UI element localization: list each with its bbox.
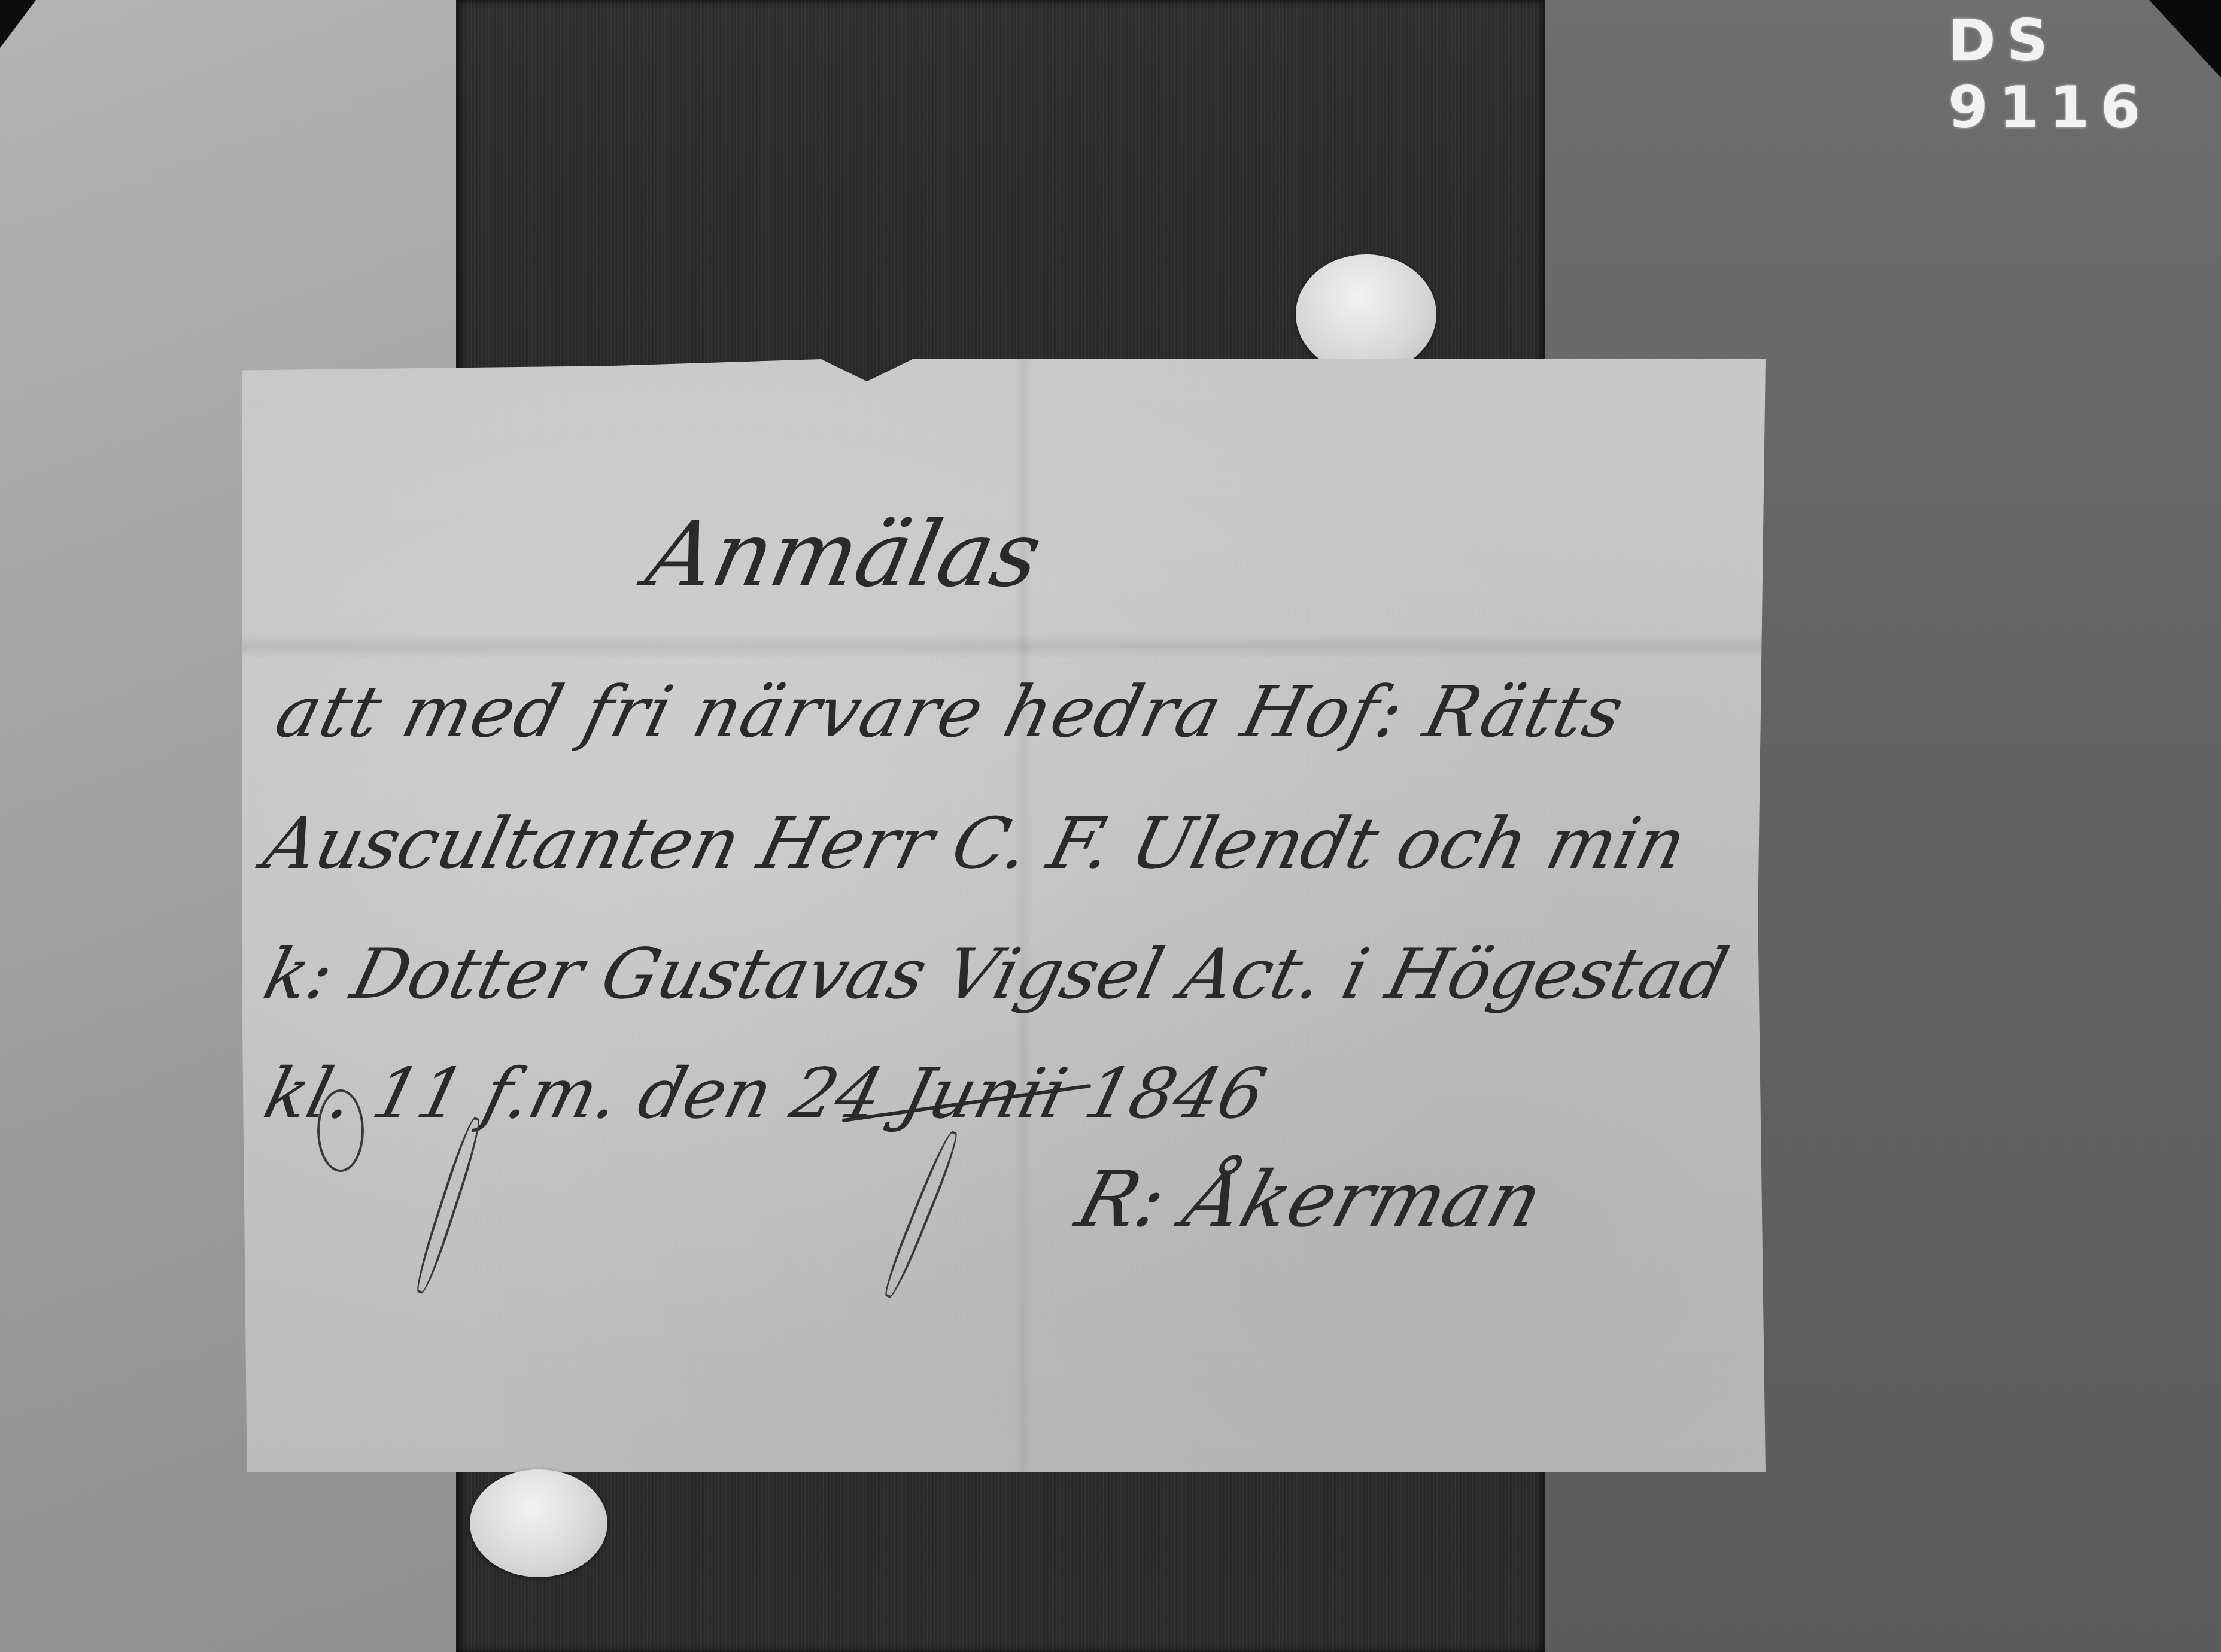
photograph: DS 9116 Anmälas att med fri närvare hedr… [0, 0, 2221, 1652]
flourish-descender-right [880, 1129, 962, 1301]
document-line-4-date: kl. 11 f.m. den 24 Junii 1846 [256, 1053, 1274, 1134]
document-heading: Anmälas [639, 503, 1050, 607]
document-line-1: att med fri närvare hedra Hof: Rätts [268, 670, 1633, 753]
handwritten-document: Anmälas att med fri närvare hedra Hof: R… [242, 359, 1766, 1472]
pin-head-top [1296, 254, 1436, 374]
document-line-3: k: Dotter Gustavas Vigsel Act. i Högesta… [256, 934, 1736, 1015]
flourish-descender-left [412, 1115, 485, 1296]
signature: R: Åkerman [1068, 1155, 1552, 1244]
pin-head-bottom [470, 1469, 607, 1577]
document-line-2: Auscultanten Herr C. F. Ulendt och min [256, 802, 1694, 885]
flourish-loop [317, 1089, 364, 1172]
fold-crease-horizontal [242, 634, 1766, 658]
negative-corner-top-left [0, 0, 36, 48]
catalog-number: DS 9116 [1948, 7, 2221, 141]
